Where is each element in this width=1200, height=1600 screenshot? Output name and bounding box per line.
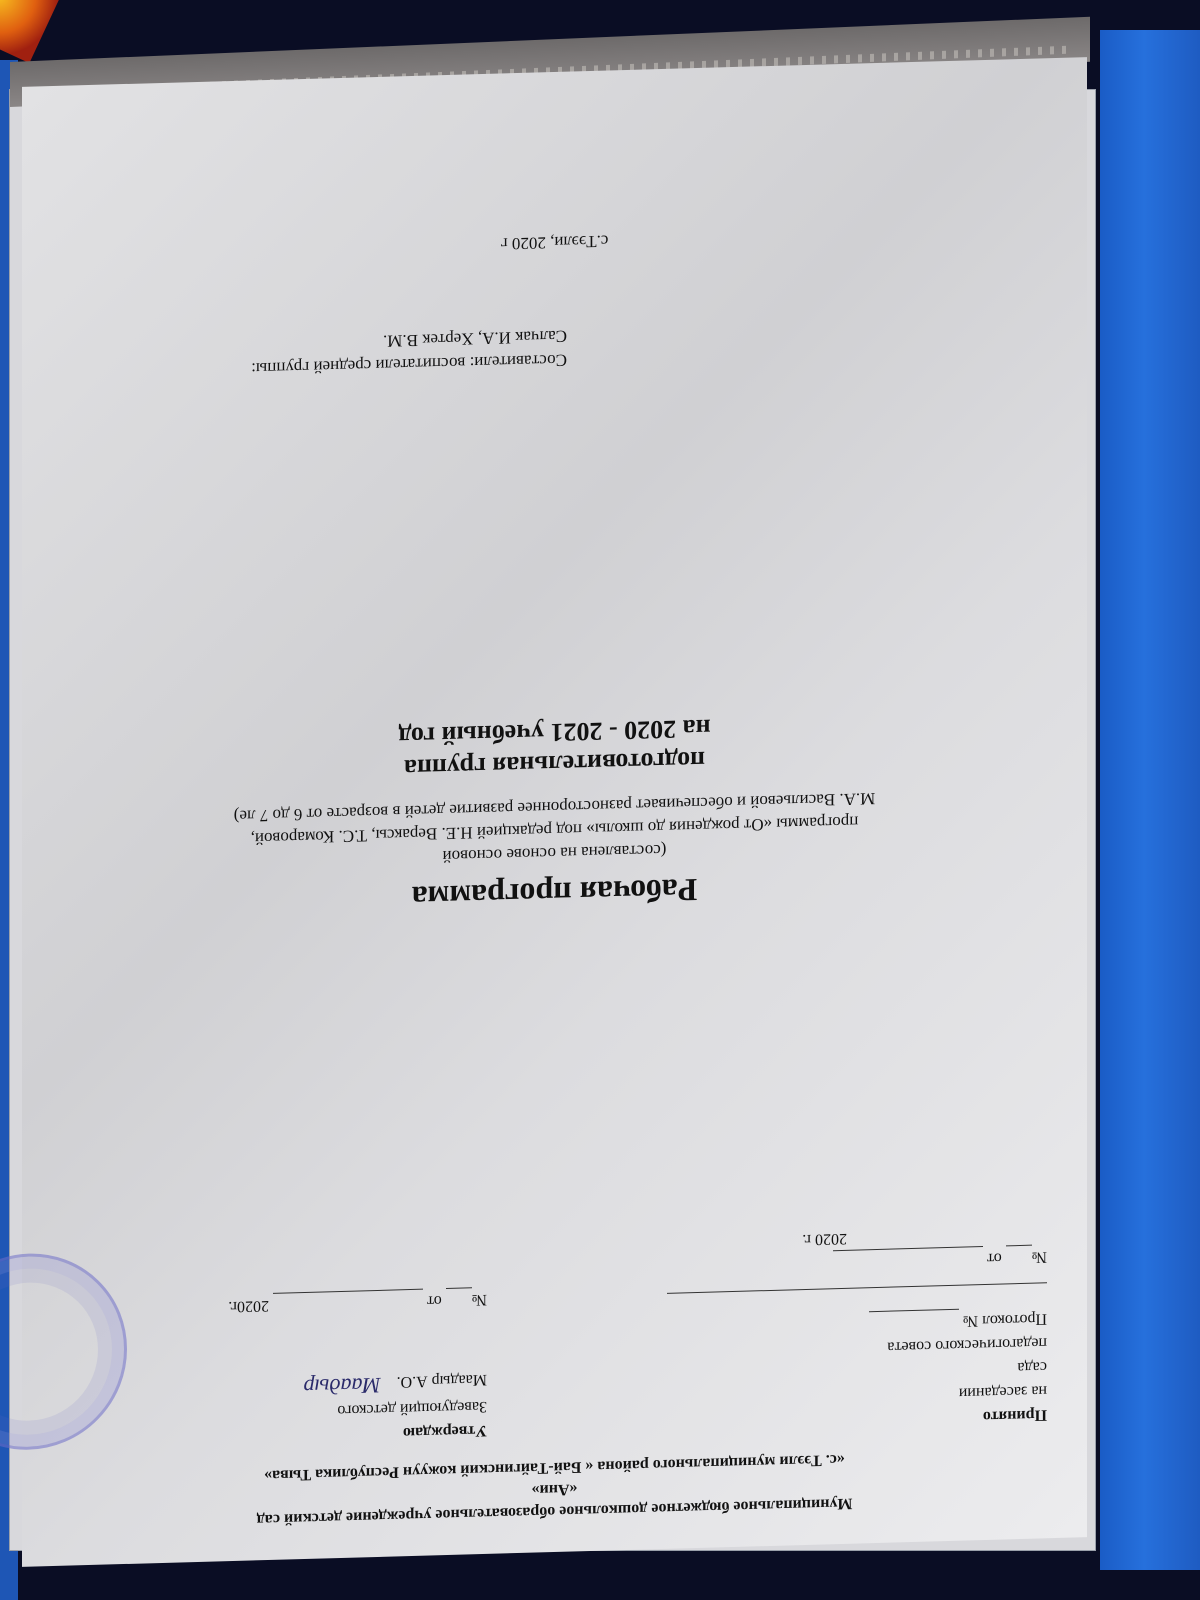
institution-header: Муниципальное бюджетное дошкольное образ… <box>62 1442 1047 1536</box>
accepted-block: Принято на заседании сада педагогическог… <box>627 1220 1047 1438</box>
handwritten-signature: Маадыр <box>304 1373 381 1400</box>
from-label: от <box>427 1292 442 1309</box>
protocol-blank <box>869 1309 959 1327</box>
document-page: Муниципальное бюджетное дошкольное образ… <box>22 57 1087 1567</box>
from-label: от <box>987 1250 1002 1267</box>
number-label: № <box>472 1291 487 1308</box>
background-object <box>0 0 63 63</box>
approver-name: Маадыр А.О. <box>397 1371 487 1391</box>
title-block: Рабочая программа (составлена на основе … <box>62 702 1047 926</box>
group-heading: подготовительная группа на 2020 - 2021 у… <box>62 702 1047 794</box>
approved-year: 2020г. <box>228 1297 269 1315</box>
protocol-label: Протокол № <box>963 1310 1047 1329</box>
document-subtitle: (составлена на основе основой программы … <box>62 782 1047 879</box>
approved-block: Утверждаю Заведующий детского Маадыр А.О… <box>47 1287 487 1454</box>
place-year: с.Тээли, 2020 г <box>22 217 1087 267</box>
number-label: № <box>1032 1248 1047 1265</box>
authors-block: Составители: воспитатели средней группы:… <box>62 324 567 386</box>
blue-folder-cover <box>1100 30 1200 1570</box>
